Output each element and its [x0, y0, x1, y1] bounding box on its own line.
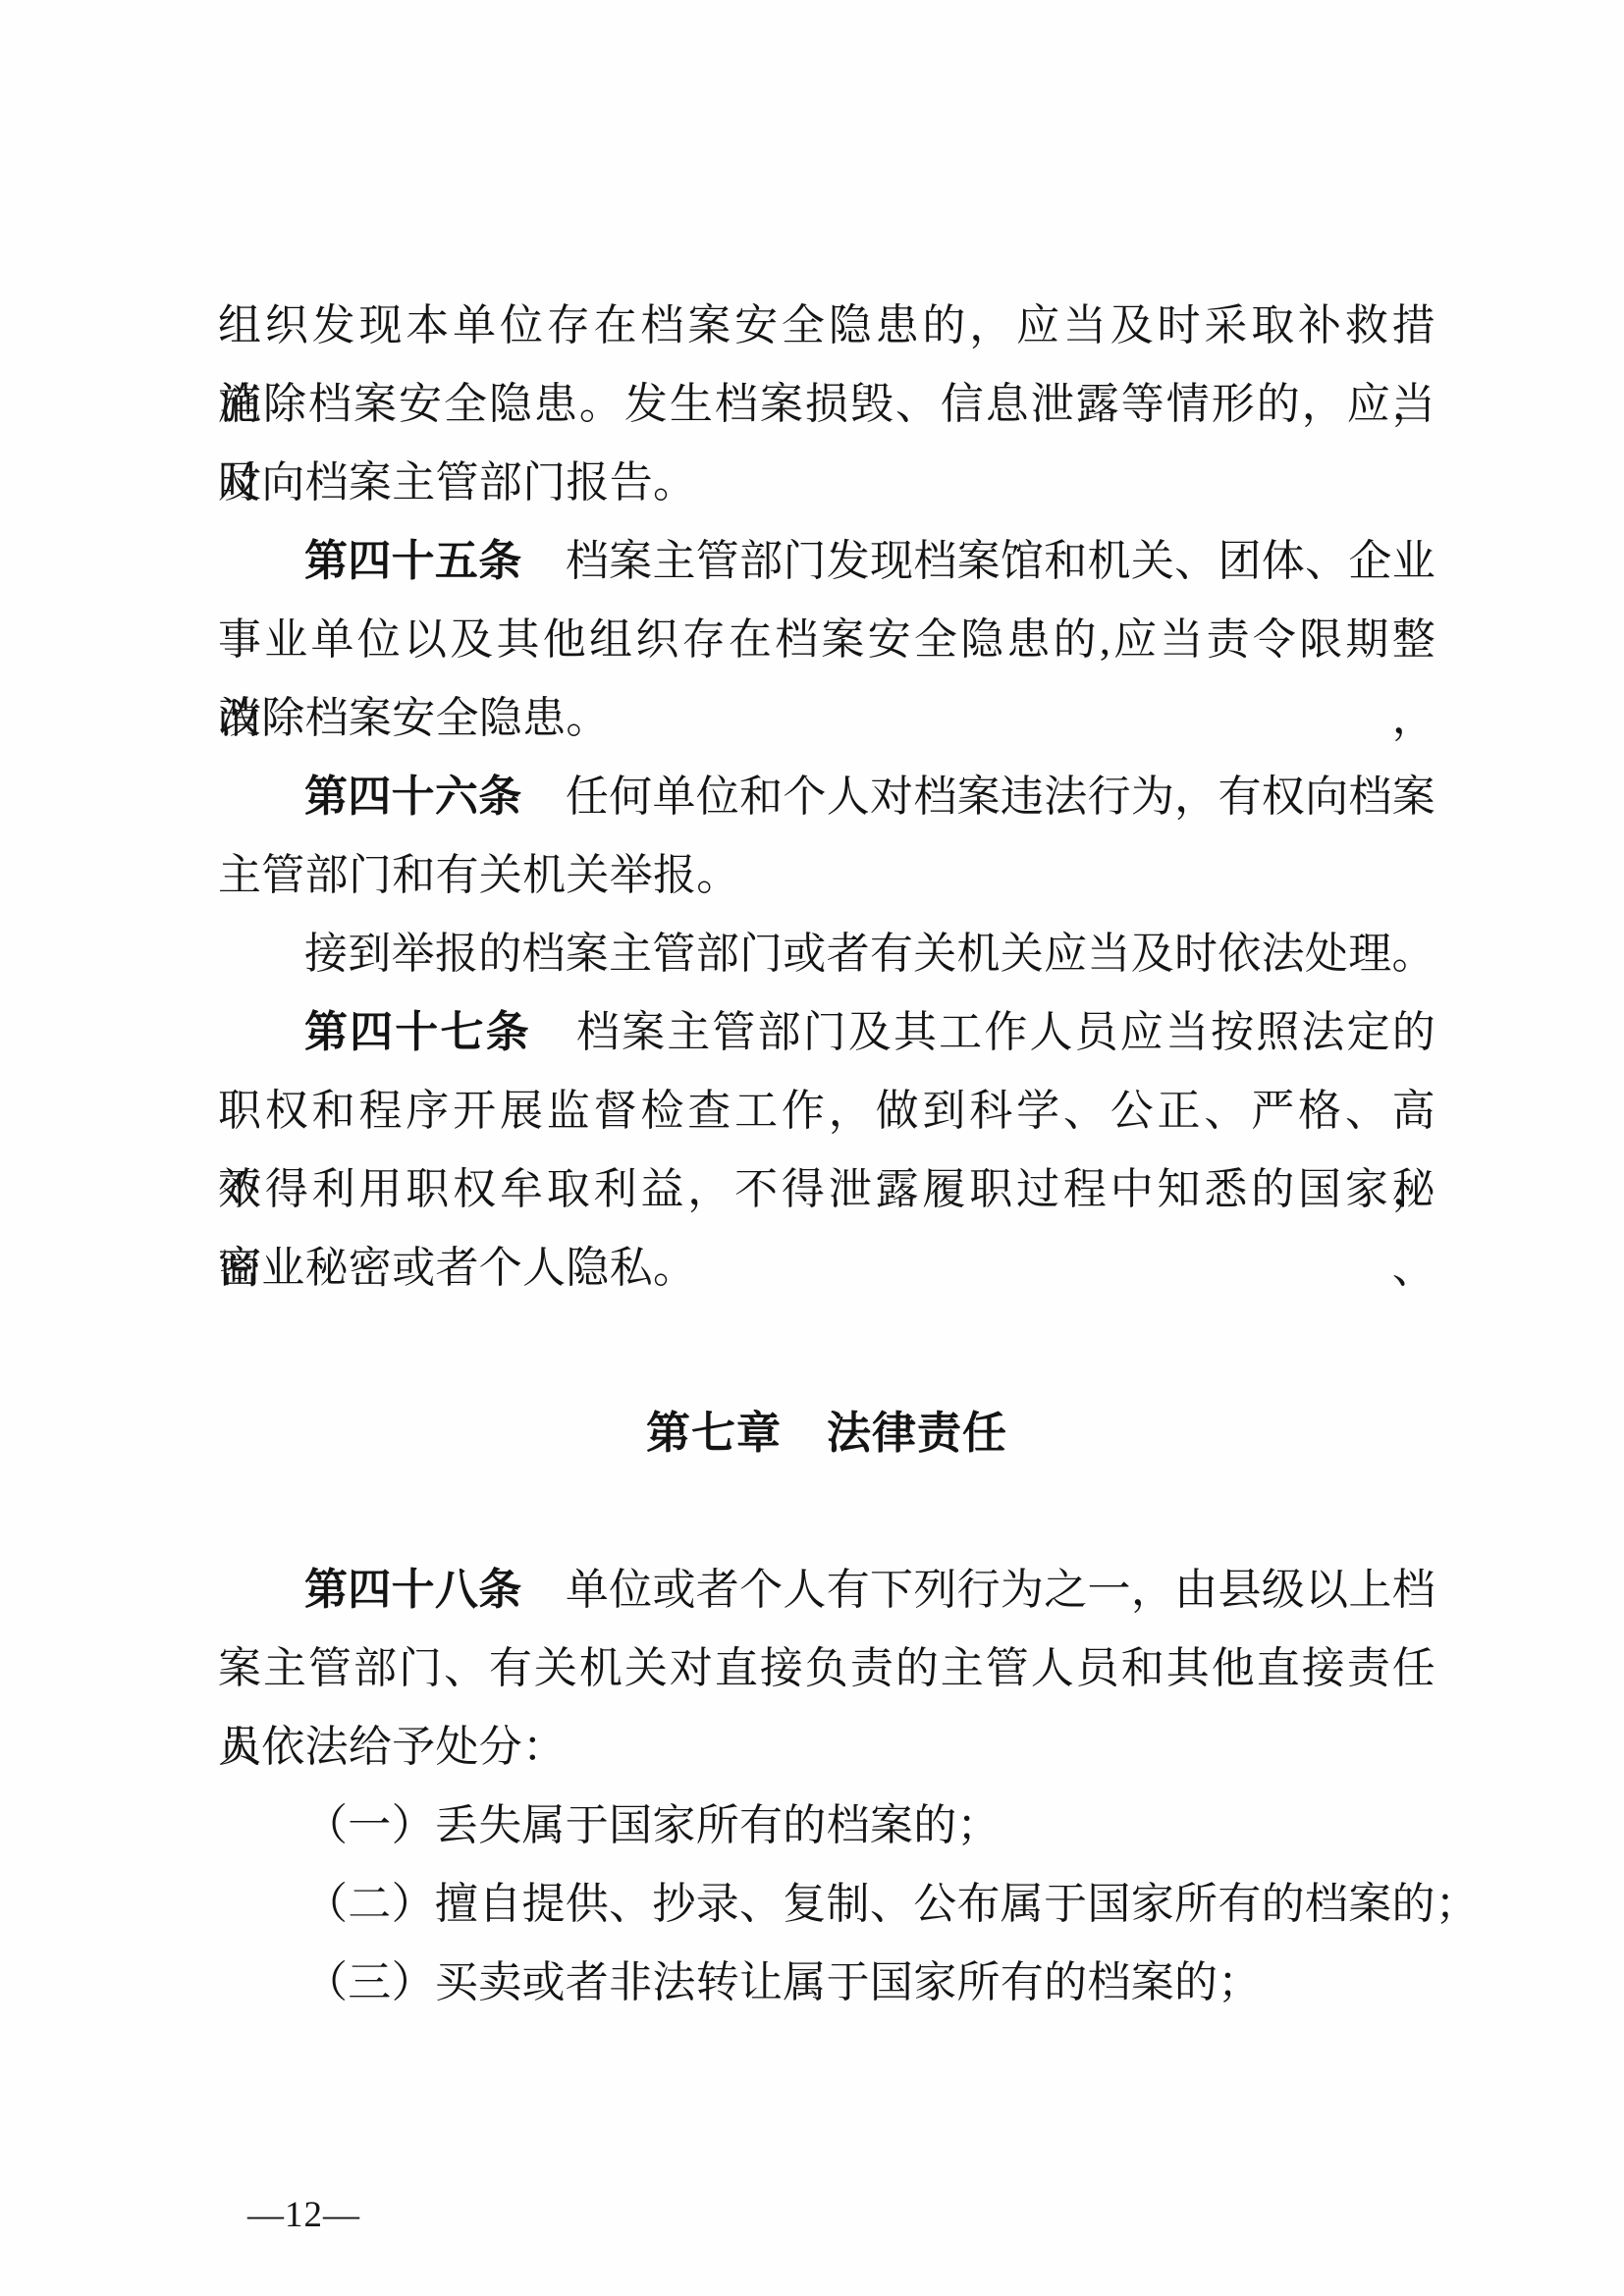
line-text: 商业秘密或者个人隐私。 [218, 1244, 696, 1292]
text-line: 事业单位以及其他组织存在档案安全隐患的,应当责令限期整改， [218, 601, 1435, 679]
text-line-item-2: （二）擅自提供、抄录、复制、公布属于国家所有的档案的； [218, 1865, 1435, 1944]
text-line: 主管部门和有关机关举报。 [218, 836, 1435, 915]
line-text: 档案主管部门及其工作人员应当按照法定的 [531, 1008, 1435, 1056]
line-text: 单位或者个人有下列行为之一，由县级以上档 [522, 1566, 1435, 1614]
line-text: 接到举报的档案主管部门或者有关机关应当及时依法处理。 [304, 930, 1435, 978]
text-line: 组织发现本单位存在档案安全隐患的，应当及时采取补救措施， [218, 287, 1435, 365]
text-line: 消除档案安全隐患。发生档案损毁、信息泄露等情形的，应当及 [218, 365, 1435, 444]
line-text: （一）丢失属于国家所有的档案的； [304, 1801, 1001, 1849]
text-line-item-3: （三）买卖或者非法转让属于国家所有的档案的； [218, 1944, 1435, 2022]
text-line-article-48: 第四十八条 单位或者个人有下列行为之一，由县级以上档 [218, 1551, 1435, 1629]
chapter-heading: 第七章 法律责任 [218, 1394, 1435, 1472]
text-line: 案主管部门、有关机关对直接负责的主管人员和其他直接责任人 [218, 1629, 1435, 1708]
line-text: 时向档案主管部门报告。 [218, 458, 696, 507]
body-text-block: 组织发现本单位存在档案安全隐患的，应当及时采取补救措施， 消除档案安全隐患。发生… [218, 287, 1435, 2022]
line-text: （三）买卖或者非法转让属于国家所有的档案的； [304, 1958, 1262, 2006]
page-number: —12— [247, 2194, 360, 2237]
text-line: 接到举报的档案主管部门或者有关机关应当及时依法处理。 [218, 915, 1435, 993]
line-text: 消除档案安全隐患。 [218, 694, 610, 742]
article-number: 第四十七条 [304, 1008, 531, 1056]
line-text: 任何单位和个人对档案违法行为，有权向档案 [522, 773, 1435, 821]
line-text: （二）擅自提供、抄录、复制、公布属于国家所有的档案的； [304, 1880, 1479, 1928]
document-page: 组织发现本单位存在档案安全隐患的，应当及时采取补救措施， 消除档案安全隐患。发生… [0, 0, 1624, 2296]
text-line-article-46: 第四十六条 任何单位和个人对档案违法行为，有权向档案 [218, 758, 1435, 836]
line-text: 档案主管部门发现档案馆和机关、团体、企业 [522, 537, 1435, 585]
text-line: 时向档案主管部门报告。 [218, 444, 1435, 522]
text-line: 员依法给予处分： [218, 1708, 1435, 1787]
text-line-article-47: 第四十七条 档案主管部门及其工作人员应当按照法定的 [218, 993, 1435, 1072]
text-line-item-1: （一）丢失属于国家所有的档案的； [218, 1787, 1435, 1865]
line-text: 主管部门和有关机关举报。 [218, 851, 740, 899]
text-line: 职权和程序开展监督检查工作，做到科学、公正、严格、高效， [218, 1072, 1435, 1150]
line-text: 员依法给予处分： [218, 1723, 566, 1771]
article-number: 第四十六条 [304, 773, 522, 821]
article-number: 第四十五条 [304, 537, 522, 585]
text-line-article-45: 第四十五条 档案主管部门发现档案馆和机关、团体、企业 [218, 522, 1435, 601]
text-line: 不得利用职权牟取利益，不得泄露履职过程中知悉的国家秘密、 [218, 1150, 1435, 1229]
article-number: 第四十八条 [304, 1566, 522, 1614]
